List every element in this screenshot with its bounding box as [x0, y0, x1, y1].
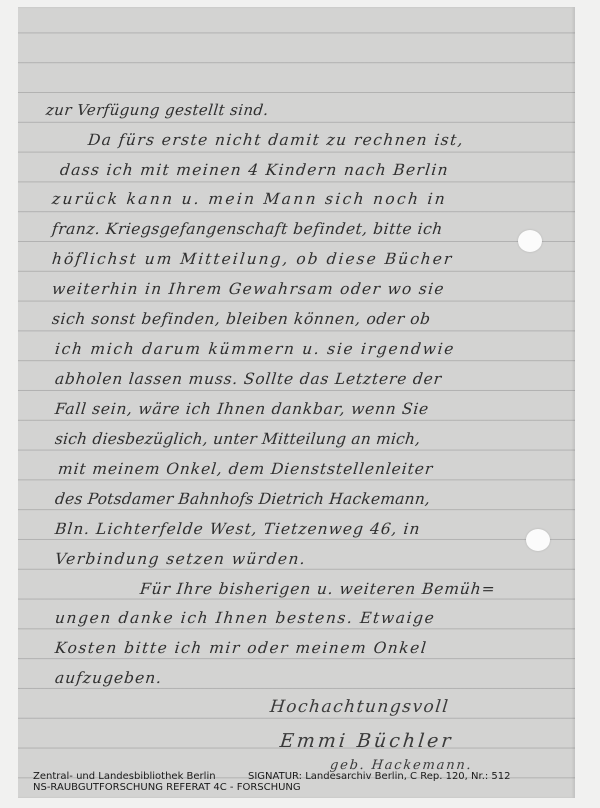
letter-line: sich sonst befinden, bleiben können, ode…: [51, 310, 432, 328]
letter-line: mit meinem Onkel, dem Dienststellenleite…: [57, 460, 434, 478]
letter-line: höflichst um Mitteilung, ob diese Bücher: [51, 250, 454, 268]
letter-closing: Hochachtungsvoll: [269, 697, 450, 717]
letter-line: Verbindung setzen würden.: [54, 550, 307, 568]
letter-line: ungen danke ich Ihnen bestens. Etwaige: [54, 609, 436, 627]
letter-line: Bln. Lichterfelde West, Tietzenweg 46, i…: [54, 520, 421, 538]
letter-line: abholen lassen muss. Sollte das Letztere…: [54, 370, 443, 388]
letter-line: Für Ihre bisherigen u. weiteren Bemüh=: [139, 580, 496, 598]
letter-line: ich mich darum kümmern u. sie irgendwie: [54, 340, 456, 358]
footer-signatur: SIGNATUR: Landesarchiv Berlin, C Rep. 12…: [248, 771, 511, 782]
punch-hole-bottom: [526, 529, 550, 551]
letter-line: franz. Kriegsgefangenschaft befindet, bi…: [51, 220, 444, 238]
letter-line: zurück kann u. mein Mann sich noch in: [51, 190, 448, 208]
letter-line: aufzugeben.: [54, 669, 163, 687]
letter-line: weiterhin in Ihrem Gewahrsam oder wo sie: [51, 280, 446, 298]
signature: Emmi Büchler: [279, 730, 455, 752]
letter-line: Kosten bitte ich mir oder meinem Onkel: [54, 639, 428, 657]
footer-institution: Zentral- und Landesbibliothek Berlin: [33, 771, 216, 782]
letter-line: Da fürs erste nicht damit zu rechnen ist…: [87, 131, 465, 149]
letter-line: sich diesbezüglich, unter Mitteilung an …: [54, 430, 421, 448]
footer-department: NS-RAUBGUTFORSCHUNG REFERAT 4C - FORSCHU…: [33, 782, 301, 793]
letter-line: zur Verfügung gestellt sind.: [45, 101, 270, 119]
letter-line: dass ich mit meinen 4 Kindern nach Berli…: [59, 161, 450, 179]
letter-line: des Potsdamer Bahnhofs Dietrich Hackeman…: [54, 490, 431, 508]
punch-hole-top: [518, 230, 542, 252]
letter-line: Fall sein, wäre ich Ihnen dankbar, wenn …: [54, 400, 430, 418]
